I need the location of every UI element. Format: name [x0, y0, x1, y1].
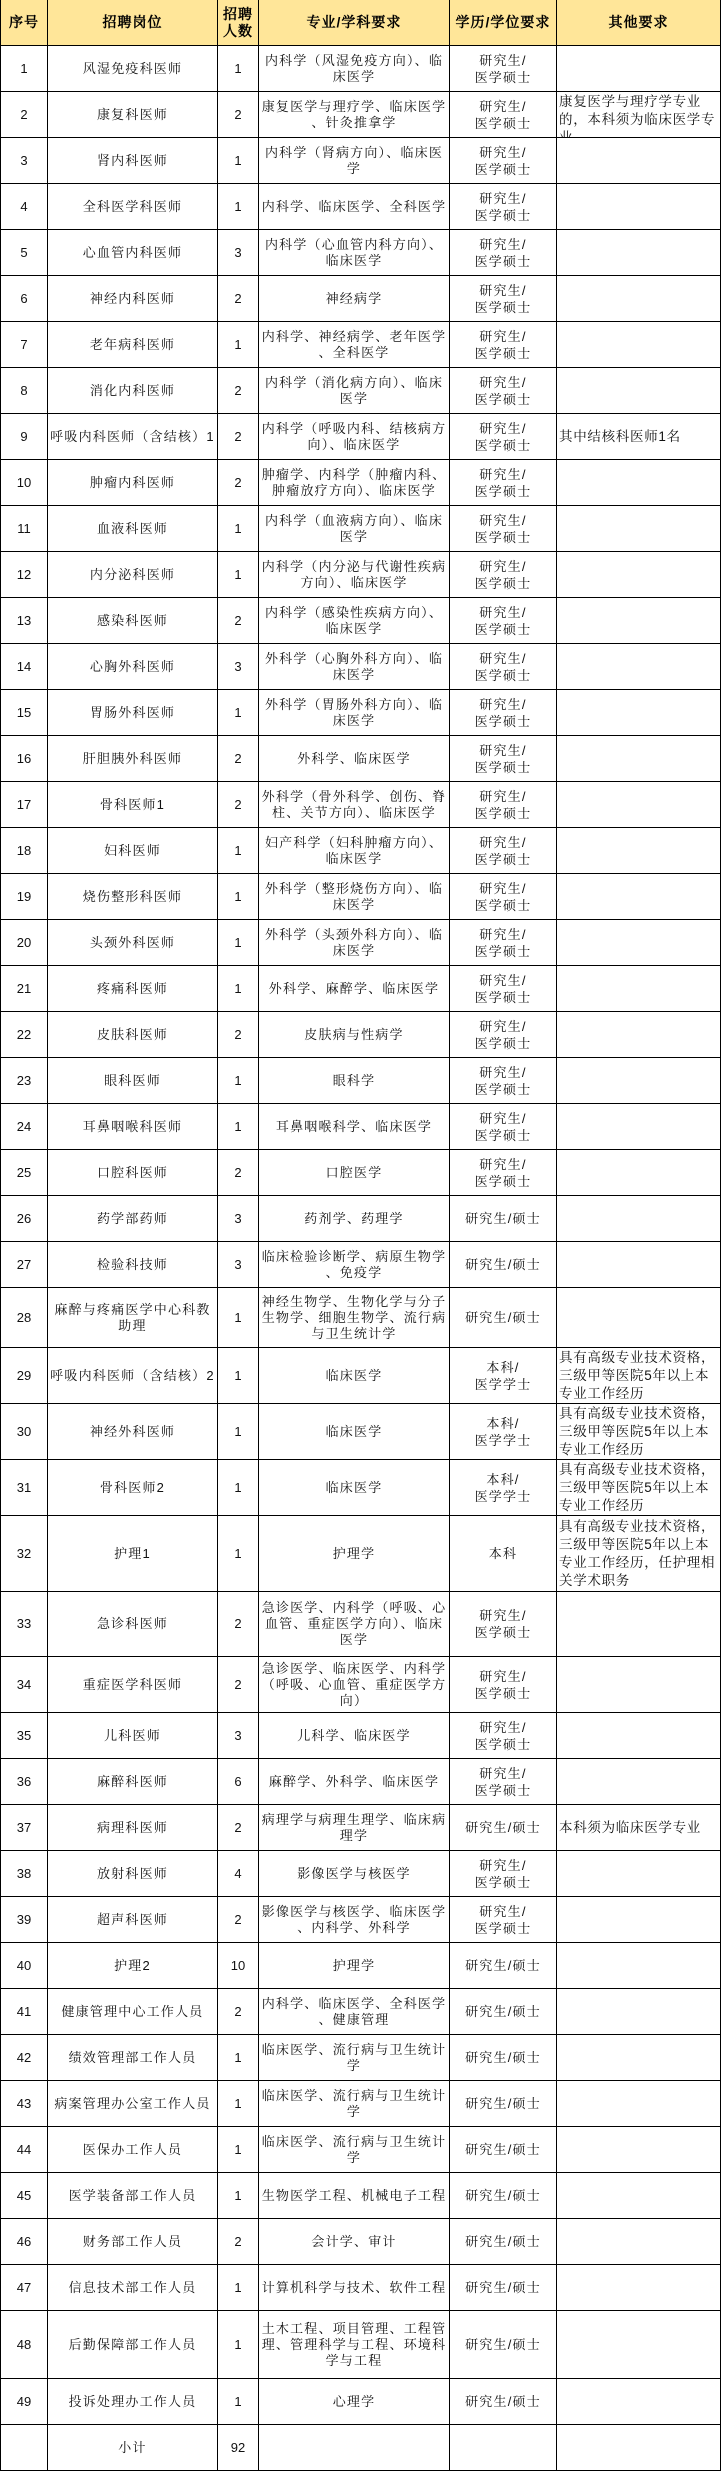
headcount-cell: 1	[218, 828, 259, 874]
other-requirements-cell	[557, 1104, 721, 1150]
subtotal-empty-cell	[1, 2425, 48, 2471]
major-cell: 口腔医学	[259, 1150, 450, 1196]
table-row: 1风湿免疫科医师1内科学（风湿免疫方向）、临床医学研究生/ 医学硕士	[1, 46, 721, 92]
position-cell: 急诊科医师	[48, 1592, 218, 1657]
headcount-cell: 2	[218, 276, 259, 322]
degree-cell: 研究生/ 医学硕士	[450, 1104, 557, 1150]
other-requirements-cell	[557, 1851, 721, 1897]
other-requirements-cell	[557, 2081, 721, 2127]
major-cell: 急诊医学、临床医学、内科学（呼吸、心血管、重症医学方向）	[259, 1657, 450, 1713]
other-requirements-cell	[557, 1242, 721, 1288]
position-cell: 全科医学科医师	[48, 184, 218, 230]
table-row: 27检验科技师3临床检验诊断学、病原生物学、免疫学研究生/硕士	[1, 1242, 721, 1288]
table-row: 38放射科医师4影像医学与核医学研究生/ 医学硕士	[1, 1851, 721, 1897]
degree-cell: 研究生/硕士	[450, 2219, 557, 2265]
seq-cell: 36	[1, 1759, 48, 1805]
table-row: 33急诊科医师2急诊医学、内科学（呼吸、心血管、重症医学方向）、临床医学研究生/…	[1, 1592, 721, 1657]
headcount-cell: 10	[218, 1943, 259, 1989]
header-other-requirements: 其他要求	[557, 0, 721, 46]
other-requirements-cell	[557, 322, 721, 368]
major-cell: 临床医学	[259, 1404, 450, 1460]
other-requirements-cell	[557, 598, 721, 644]
position-cell: 风湿免疫科医师	[48, 46, 218, 92]
major-cell: 神经病学	[259, 276, 450, 322]
table-row: 45医学装备部工作人员1生物医学工程、机械电子工程研究生/硕士	[1, 2173, 721, 2219]
position-cell: 皮肤科医师	[48, 1012, 218, 1058]
position-cell: 护理2	[48, 1943, 218, 1989]
headcount-cell: 3	[218, 1196, 259, 1242]
headcount-cell: 4	[218, 1851, 259, 1897]
major-cell: 眼科学	[259, 1058, 450, 1104]
degree-cell: 研究生/ 医学硕士	[450, 966, 557, 1012]
table-row: 22皮肤科医师2皮肤病与性病学研究生/ 医学硕士	[1, 1012, 721, 1058]
table-row: 11血液科医师1内科学（血液病方向）、临床医学研究生/ 医学硕士	[1, 506, 721, 552]
position-cell: 财务部工作人员	[48, 2219, 218, 2265]
headcount-cell: 2	[218, 736, 259, 782]
major-cell: 临床医学、流行病与卫生统计学	[259, 2081, 450, 2127]
major-cell: 病理学与病理生理学、临床病理学	[259, 1805, 450, 1851]
headcount-cell: 2	[218, 1657, 259, 1713]
position-cell: 儿科医师	[48, 1713, 218, 1759]
header-degree: 学历/学位要求	[450, 0, 557, 46]
seq-cell: 3	[1, 138, 48, 184]
table-row: 14心胸外科医师3外科学（心胸外科方向）、临床医学研究生/ 医学硕士	[1, 644, 721, 690]
seq-cell: 19	[1, 874, 48, 920]
major-cell: 康复医学与理疗学、临床医学、针灸推拿学	[259, 92, 450, 138]
major-cell: 生物医学工程、机械电子工程	[259, 2173, 450, 2219]
position-cell: 重症医学科医师	[48, 1657, 218, 1713]
header-seq: 序号	[1, 0, 48, 46]
degree-cell: 研究生/硕士	[450, 2173, 557, 2219]
major-cell: 内科学（血液病方向）、临床医学	[259, 506, 450, 552]
position-cell: 神经外科医师	[48, 1404, 218, 1460]
headcount-cell: 1	[218, 2265, 259, 2311]
subtotal-headcount: 92	[218, 2425, 259, 2471]
position-cell: 后勤保障部工作人员	[48, 2311, 218, 2379]
other-requirements-cell: 具有高级专业技术资格，三级甲等医院5年以上本专业工作经历	[557, 1460, 721, 1516]
seq-cell: 11	[1, 506, 48, 552]
degree-cell: 研究生/ 医学硕士	[450, 920, 557, 966]
degree-cell: 研究生/ 医学硕士	[450, 598, 557, 644]
position-cell: 绩效管理部工作人员	[48, 2035, 218, 2081]
other-requirements-cell	[557, 138, 721, 184]
seq-cell: 34	[1, 1657, 48, 1713]
major-cell: 耳鼻咽喉科学、临床医学	[259, 1104, 450, 1150]
major-cell: 外科学（骨外科学、创伤、脊柱、关节方向）、临床医学	[259, 782, 450, 828]
major-cell: 急诊医学、内科学（呼吸、心血管、重症医学方向）、临床医学	[259, 1592, 450, 1657]
headcount-cell: 1	[218, 1058, 259, 1104]
major-cell: 临床医学、流行病与卫生统计学	[259, 2035, 450, 2081]
position-cell: 骨科医师2	[48, 1460, 218, 1516]
table-row: 49投诉处理办工作人员1心理学研究生/硕士	[1, 2379, 721, 2425]
major-cell: 临床医学	[259, 1348, 450, 1404]
table-row: 37病理科医师2病理学与病理生理学、临床病理学研究生/硕士本科须为临床医学专业	[1, 1805, 721, 1851]
degree-cell: 研究生/ 医学硕士	[450, 92, 557, 138]
table-row: 28麻醉与疼痛医学中心科教助理1神经生物学、生物化学与分子生物学、细胞生物学、流…	[1, 1288, 721, 1348]
seq-cell: 28	[1, 1288, 48, 1348]
degree-cell: 研究生/硕士	[450, 2379, 557, 2425]
headcount-cell: 1	[218, 2379, 259, 2425]
table-row: 19烧伤整形科医师1外科学（整形烧伤方向）、临床医学研究生/ 医学硕士	[1, 874, 721, 920]
position-cell: 消化内科医师	[48, 368, 218, 414]
major-cell: 内科学、临床医学、全科医学	[259, 184, 450, 230]
seq-cell: 46	[1, 2219, 48, 2265]
seq-cell: 31	[1, 1460, 48, 1516]
seq-cell: 37	[1, 1805, 48, 1851]
other-requirements-cell	[557, 1713, 721, 1759]
seq-cell: 33	[1, 1592, 48, 1657]
position-cell: 医学装备部工作人员	[48, 2173, 218, 2219]
subtotal-empty-cell	[557, 2425, 721, 2471]
degree-cell: 研究生/ 医学硕士	[450, 782, 557, 828]
position-cell: 眼科医师	[48, 1058, 218, 1104]
table-row: 40护理210护理学研究生/硕士	[1, 1943, 721, 1989]
degree-cell: 研究生/硕士	[450, 1989, 557, 2035]
table-row: 44医保办工作人员1临床医学、流行病与卫生统计学研究生/硕士	[1, 2127, 721, 2173]
position-cell: 血液科医师	[48, 506, 218, 552]
headcount-cell: 1	[218, 2311, 259, 2379]
headcount-cell: 1	[218, 1404, 259, 1460]
position-cell: 肾内科医师	[48, 138, 218, 184]
major-cell: 内科学、临床医学、全科医学、健康管理	[259, 1989, 450, 2035]
position-cell: 检验科技师	[48, 1242, 218, 1288]
position-cell: 骨科医师1	[48, 782, 218, 828]
major-cell: 外科学（整形烧伤方向）、临床医学	[259, 874, 450, 920]
major-cell: 心理学	[259, 2379, 450, 2425]
table-row: 15胃肠外科医师1外科学（胃肠外科方向）、临床医学研究生/ 医学硕士	[1, 690, 721, 736]
seq-cell: 40	[1, 1943, 48, 1989]
table-row: 35儿科医师3儿科学、临床医学研究生/ 医学硕士	[1, 1713, 721, 1759]
position-cell: 心胸外科医师	[48, 644, 218, 690]
headcount-cell: 2	[218, 460, 259, 506]
major-cell: 儿科学、临床医学	[259, 1713, 450, 1759]
seq-cell: 18	[1, 828, 48, 874]
seq-cell: 6	[1, 276, 48, 322]
table-row: 46财务部工作人员2会计学、审计研究生/硕士	[1, 2219, 721, 2265]
other-requirements-cell	[557, 920, 721, 966]
table-row: 39超声科医师2影像医学与核医学、临床医学、内科学、外科学研究生/ 医学硕士	[1, 1897, 721, 1943]
other-requirements-cell	[557, 1943, 721, 1989]
seq-cell: 38	[1, 1851, 48, 1897]
position-cell: 心血管内科医师	[48, 230, 218, 276]
seq-cell: 26	[1, 1196, 48, 1242]
degree-cell: 研究生/ 医学硕士	[450, 1592, 557, 1657]
table-row: 26药学部药师3药剂学、药理学研究生/硕士	[1, 1196, 721, 1242]
seq-cell: 27	[1, 1242, 48, 1288]
degree-cell: 研究生/硕士	[450, 1805, 557, 1851]
position-cell: 康复科医师	[48, 92, 218, 138]
headcount-cell: 2	[218, 1805, 259, 1851]
degree-cell: 研究生/ 医学硕士	[450, 874, 557, 920]
other-requirements-cell	[557, 2219, 721, 2265]
position-cell: 药学部药师	[48, 1196, 218, 1242]
position-cell: 麻醉科医师	[48, 1759, 218, 1805]
headcount-cell: 2	[218, 368, 259, 414]
other-requirements-cell: 其中结核科医师1名	[557, 414, 721, 460]
position-cell: 信息技术部工作人员	[48, 2265, 218, 2311]
major-cell: 内科学（呼吸内科、结核病方向）、临床医学	[259, 414, 450, 460]
other-requirements-cell: 具有高级专业技术资格，三级甲等医院5年以上本专业工作经历，任护理相关学术职务	[557, 1516, 721, 1592]
degree-cell: 研究生/ 医学硕士	[450, 46, 557, 92]
seq-cell: 39	[1, 1897, 48, 1943]
table-row: 36麻醉科医师6麻醉学、外科学、临床医学研究生/ 医学硕士	[1, 1759, 721, 1805]
table-header-row: 序号 招聘岗位 招聘人数 专业/学科要求 学历/学位要求 其他要求	[1, 0, 721, 46]
subtotal-empty-cell	[450, 2425, 557, 2471]
degree-cell: 本科/ 医学学士	[450, 1348, 557, 1404]
headcount-cell: 1	[218, 2173, 259, 2219]
seq-cell: 20	[1, 920, 48, 966]
seq-cell: 32	[1, 1516, 48, 1592]
position-cell: 烧伤整形科医师	[48, 874, 218, 920]
header-headcount: 招聘人数	[218, 0, 259, 46]
table-row: 42绩效管理部工作人员1临床医学、流行病与卫生统计学研究生/硕士	[1, 2035, 721, 2081]
headcount-cell: 1	[218, 966, 259, 1012]
major-cell: 肿瘤学、内科学（肿瘤内科、肿瘤放疗方向）、临床医学	[259, 460, 450, 506]
other-requirements-cell	[557, 552, 721, 598]
degree-cell: 研究生/ 医学硕士	[450, 276, 557, 322]
major-cell: 内科学（肾病方向）、临床医学	[259, 138, 450, 184]
degree-cell: 研究生/硕士	[450, 1242, 557, 1288]
degree-cell: 研究生/ 医学硕士	[450, 1657, 557, 1713]
seq-cell: 30	[1, 1404, 48, 1460]
position-cell: 麻醉与疼痛医学中心科教助理	[48, 1288, 218, 1348]
headcount-cell: 2	[218, 782, 259, 828]
position-cell: 疼痛科医师	[48, 966, 218, 1012]
seq-cell: 23	[1, 1058, 48, 1104]
headcount-cell: 3	[218, 1713, 259, 1759]
seq-cell: 9	[1, 414, 48, 460]
position-cell: 肿瘤内科医师	[48, 460, 218, 506]
other-requirements-cell	[557, 966, 721, 1012]
seq-cell: 35	[1, 1713, 48, 1759]
other-requirements-cell	[557, 874, 721, 920]
table-row: 8消化内科医师2内科学（消化病方向）、临床医学研究生/ 医学硕士	[1, 368, 721, 414]
other-requirements-cell	[557, 506, 721, 552]
headcount-cell: 1	[218, 690, 259, 736]
degree-cell: 研究生/硕士	[450, 2311, 557, 2379]
degree-cell: 研究生/硕士	[450, 1288, 557, 1348]
seq-cell: 41	[1, 1989, 48, 2035]
headcount-cell: 1	[218, 1460, 259, 1516]
seq-cell: 14	[1, 644, 48, 690]
major-cell: 皮肤病与性病学	[259, 1012, 450, 1058]
major-cell: 外科学、麻醉学、临床医学	[259, 966, 450, 1012]
other-requirements-cell	[557, 736, 721, 782]
other-requirements-cell	[557, 1058, 721, 1104]
degree-cell: 本科/ 医学学士	[450, 1460, 557, 1516]
table-row: 18妇科医师1妇产科学（妇科肿瘤方向）、临床医学研究生/ 医学硕士	[1, 828, 721, 874]
other-requirements-cell	[557, 2127, 721, 2173]
major-cell: 临床医学、流行病与卫生统计学	[259, 2127, 450, 2173]
major-cell: 内科学、神经病学、老年医学、全科医学	[259, 322, 450, 368]
other-requirements-cell	[557, 1989, 721, 2035]
table-row: 24耳鼻咽喉科医师1耳鼻咽喉科学、临床医学研究生/ 医学硕士	[1, 1104, 721, 1150]
other-requirements-cell	[557, 1759, 721, 1805]
degree-cell: 研究生/硕士	[450, 2127, 557, 2173]
table-row: 16肝胆胰外科医师2外科学、临床医学研究生/ 医学硕士	[1, 736, 721, 782]
other-requirements-cell	[557, 1196, 721, 1242]
headcount-cell: 1	[218, 2035, 259, 2081]
other-requirements-cell: 具有高级专业技术资格，三级甲等医院5年以上本专业工作经历	[557, 1404, 721, 1460]
major-cell: 麻醉学、外科学、临床医学	[259, 1759, 450, 1805]
major-cell: 临床检验诊断学、病原生物学、免疫学	[259, 1242, 450, 1288]
degree-cell: 研究生/ 医学硕士	[450, 828, 557, 874]
headcount-cell: 6	[218, 1759, 259, 1805]
position-cell: 头颈外科医师	[48, 920, 218, 966]
other-requirements-cell	[557, 2379, 721, 2425]
other-requirements-cell	[557, 368, 721, 414]
degree-cell: 研究生/ 医学硕士	[450, 460, 557, 506]
seq-cell: 43	[1, 2081, 48, 2127]
seq-cell: 2	[1, 92, 48, 138]
headcount-cell: 2	[218, 1592, 259, 1657]
degree-cell: 研究生/硕士	[450, 1943, 557, 1989]
headcount-cell: 1	[218, 552, 259, 598]
seq-cell: 17	[1, 782, 48, 828]
degree-cell: 研究生/ 医学硕士	[450, 230, 557, 276]
table-row: 9呼吸内科医师（含结核）12内科学（呼吸内科、结核病方向）、临床医学研究生/ 医…	[1, 414, 721, 460]
position-cell: 呼吸内科医师（含结核）1	[48, 414, 218, 460]
seq-cell: 15	[1, 690, 48, 736]
degree-cell: 研究生/ 医学硕士	[450, 1851, 557, 1897]
table-row: 31骨科医师21临床医学本科/ 医学学士具有高级专业技术资格，三级甲等医院5年以…	[1, 1460, 721, 1516]
degree-cell: 研究生/ 医学硕士	[450, 1012, 557, 1058]
other-requirements-cell	[557, 2311, 721, 2379]
degree-cell: 本科/ 医学学士	[450, 1404, 557, 1460]
degree-cell: 研究生/ 医学硕士	[450, 138, 557, 184]
degree-cell: 本科	[450, 1516, 557, 1592]
table-row: 12内分泌科医师1内科学（内分泌与代谢性疾病方向）、临床医学研究生/ 医学硕士	[1, 552, 721, 598]
degree-cell: 研究生/ 医学硕士	[450, 322, 557, 368]
other-requirements-cell	[557, 1592, 721, 1657]
table-row: 43病案管理办公室工作人员1临床医学、流行病与卫生统计学研究生/硕士	[1, 2081, 721, 2127]
major-cell: 护理学	[259, 1516, 450, 1592]
headcount-cell: 2	[218, 598, 259, 644]
table-row: 2康复科医师2康复医学与理疗学、临床医学、针灸推拿学研究生/ 医学硕士康复医学与…	[1, 92, 721, 138]
major-cell: 药剂学、药理学	[259, 1196, 450, 1242]
table-row: 3肾内科医师1内科学（肾病方向）、临床医学研究生/ 医学硕士	[1, 138, 721, 184]
seq-cell: 13	[1, 598, 48, 644]
major-cell: 神经生物学、生物化学与分子生物学、细胞生物学、流行病与卫生统计学	[259, 1288, 450, 1348]
seq-cell: 49	[1, 2379, 48, 2425]
other-requirements-cell: 康复医学与理疗学专业的，本科须为临床医学专业	[557, 92, 721, 138]
other-requirements-cell	[557, 1897, 721, 1943]
major-cell: 影像医学与核医学、临床医学、内科学、外科学	[259, 1897, 450, 1943]
seq-cell: 7	[1, 322, 48, 368]
seq-cell: 44	[1, 2127, 48, 2173]
table-row: 13感染科医师2内科学（感染性疾病方向）、临床医学研究生/ 医学硕士	[1, 598, 721, 644]
seq-cell: 10	[1, 460, 48, 506]
headcount-cell: 3	[218, 1242, 259, 1288]
degree-cell: 研究生/ 医学硕士	[450, 506, 557, 552]
position-cell: 感染科医师	[48, 598, 218, 644]
major-cell: 外科学（胃肠外科方向）、临床医学	[259, 690, 450, 736]
position-cell: 内分泌科医师	[48, 552, 218, 598]
degree-cell: 研究生/ 医学硕士	[450, 552, 557, 598]
major-cell: 内科学（内分泌与代谢性疾病方向）、临床医学	[259, 552, 450, 598]
table-row: 23眼科医师1眼科学研究生/ 医学硕士	[1, 1058, 721, 1104]
other-requirements-cell	[557, 2173, 721, 2219]
position-cell: 医保办工作人员	[48, 2127, 218, 2173]
degree-cell: 研究生/硕士	[450, 2265, 557, 2311]
other-requirements-cell	[557, 1012, 721, 1058]
position-cell: 放射科医师	[48, 1851, 218, 1897]
headcount-cell: 1	[218, 2127, 259, 2173]
other-requirements-cell: 具有高级专业技术资格，三级甲等医院5年以上本专业工作经历	[557, 1348, 721, 1404]
other-requirements-cell	[557, 46, 721, 92]
other-requirements-cell	[557, 276, 721, 322]
other-requirements-cell	[557, 184, 721, 230]
other-requirements-cell: 本科须为临床医学专业	[557, 1805, 721, 1851]
degree-cell: 研究生/ 医学硕士	[450, 644, 557, 690]
other-requirements-cell	[557, 690, 721, 736]
seq-cell: 12	[1, 552, 48, 598]
position-cell: 胃肠外科医师	[48, 690, 218, 736]
table-row: 4全科医学科医师1内科学、临床医学、全科医学研究生/ 医学硕士	[1, 184, 721, 230]
position-cell: 口腔科医师	[48, 1150, 218, 1196]
seq-cell: 21	[1, 966, 48, 1012]
major-cell: 外科学（心胸外科方向）、临床医学	[259, 644, 450, 690]
headcount-cell: 1	[218, 1516, 259, 1592]
headcount-cell: 2	[218, 1897, 259, 1943]
other-requirements-cell	[557, 230, 721, 276]
position-cell: 健康管理中心工作人员	[48, 1989, 218, 2035]
headcount-cell: 3	[218, 230, 259, 276]
position-cell: 呼吸内科医师（含结核）2	[48, 1348, 218, 1404]
seq-cell: 1	[1, 46, 48, 92]
other-requirements-cell	[557, 644, 721, 690]
headcount-cell: 1	[218, 1288, 259, 1348]
header-major: 专业/学科要求	[259, 0, 450, 46]
other-requirements-cell	[557, 1288, 721, 1348]
seq-cell: 42	[1, 2035, 48, 2081]
headcount-cell: 2	[218, 414, 259, 460]
degree-cell: 研究生/ 医学硕士	[450, 368, 557, 414]
seq-cell: 5	[1, 230, 48, 276]
table-row: 32护理11护理学本科具有高级专业技术资格，三级甲等医院5年以上本专业工作经历，…	[1, 1516, 721, 1592]
table-row: 25口腔科医师2口腔医学研究生/ 医学硕士	[1, 1150, 721, 1196]
major-cell: 内科学（心血管内科方向）、临床医学	[259, 230, 450, 276]
headcount-cell: 1	[218, 506, 259, 552]
other-requirements-cell	[557, 2265, 721, 2311]
major-cell: 护理学	[259, 1943, 450, 1989]
degree-cell: 研究生/ 医学硕士	[450, 1058, 557, 1104]
other-requirements-cell	[557, 828, 721, 874]
headcount-cell: 2	[218, 2219, 259, 2265]
other-requirements-cell	[557, 782, 721, 828]
other-requirements-cell	[557, 1657, 721, 1713]
major-cell: 会计学、审计	[259, 2219, 450, 2265]
headcount-cell: 2	[218, 1012, 259, 1058]
headcount-cell: 1	[218, 920, 259, 966]
degree-cell: 研究生/ 医学硕士	[450, 414, 557, 460]
headcount-cell: 1	[218, 874, 259, 920]
major-cell: 内科学（消化病方向）、临床医学	[259, 368, 450, 414]
seq-cell: 29	[1, 1348, 48, 1404]
table-row: 10肿瘤内科医师2肿瘤学、内科学（肿瘤内科、肿瘤放疗方向）、临床医学研究生/ 医…	[1, 460, 721, 506]
other-requirements-cell	[557, 2035, 721, 2081]
position-cell: 妇科医师	[48, 828, 218, 874]
headcount-cell: 1	[218, 322, 259, 368]
headcount-cell: 1	[218, 46, 259, 92]
subtotal-row: 小计 92	[1, 2425, 721, 2471]
position-cell: 耳鼻咽喉科医师	[48, 1104, 218, 1150]
seq-cell: 8	[1, 368, 48, 414]
headcount-cell: 3	[218, 644, 259, 690]
table-row: 47信息技术部工作人员1计算机科学与技术、软件工程研究生/硕士	[1, 2265, 721, 2311]
position-cell: 护理1	[48, 1516, 218, 1592]
headcount-cell: 2	[218, 1989, 259, 2035]
